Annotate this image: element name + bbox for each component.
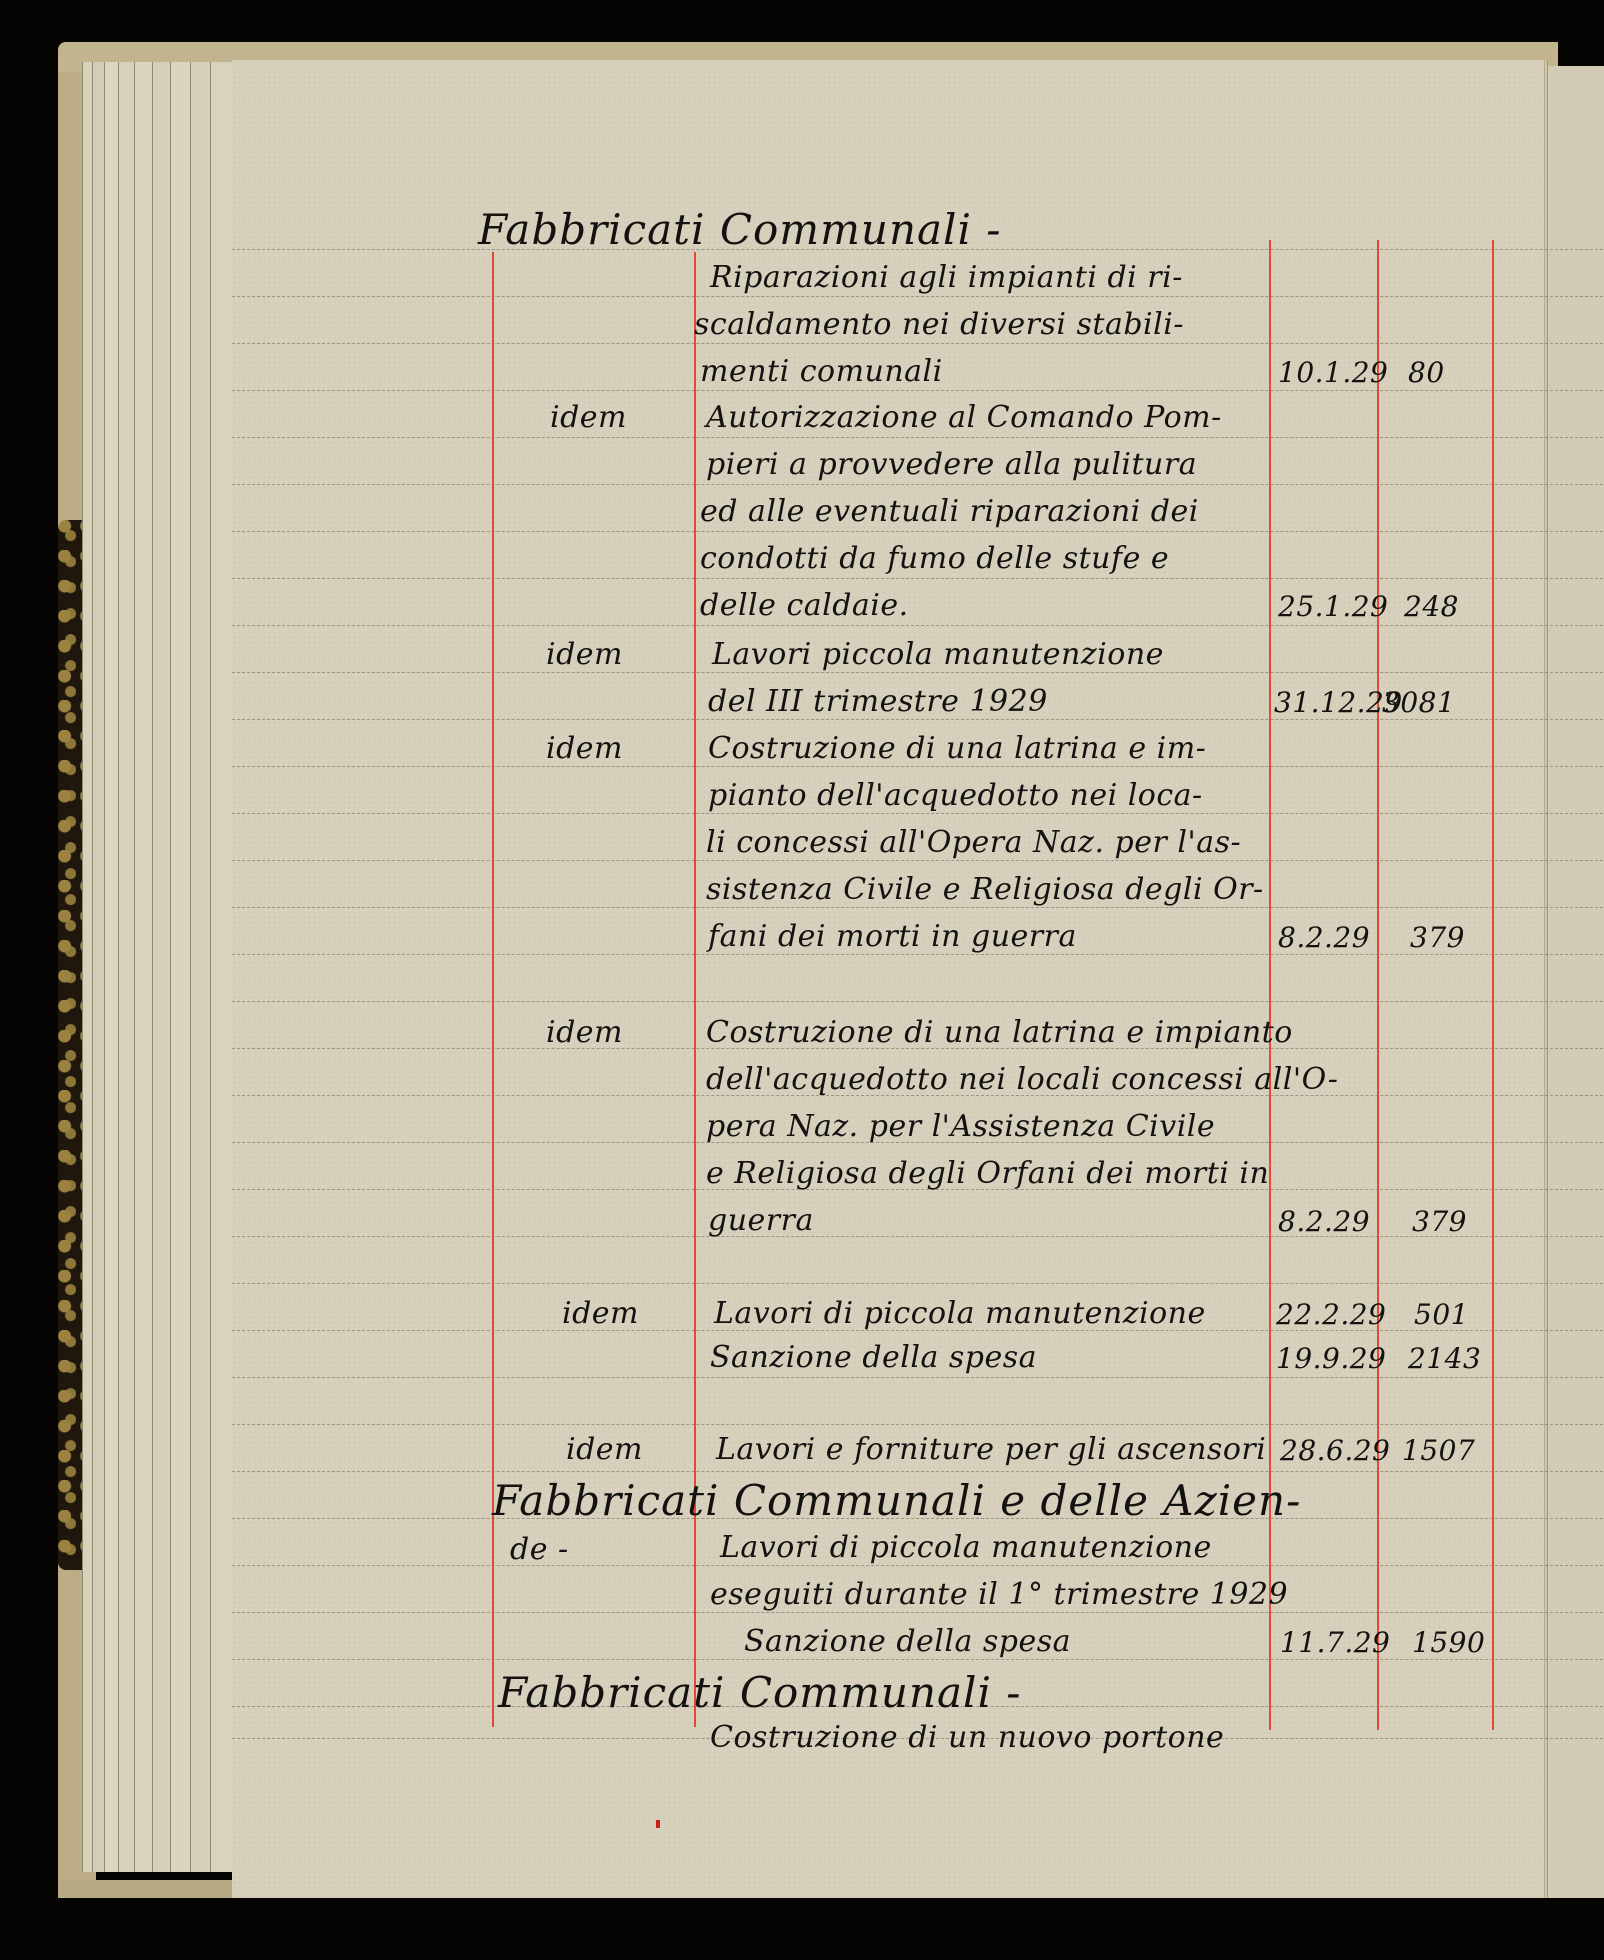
entry-label: idem — [546, 637, 623, 672]
entry-description-line: Lavori di piccola manutenzione — [714, 1296, 1206, 1331]
entry-amount: 1590 — [1412, 1626, 1485, 1659]
entry-description-line: Sanzione della spesa — [744, 1624, 1071, 1659]
entry-amount: 248 — [1404, 590, 1459, 623]
entry-date: 8.2.29 — [1278, 1205, 1370, 1238]
entry-description-line: scaldamento nei diversi stabili- — [694, 307, 1184, 342]
entry-description-line: sistenza Civile e Religiosa degli Or- — [706, 872, 1264, 907]
entry-description-line: pieri a provvedere alla pulitura — [706, 447, 1197, 482]
entry-description-line: eseguiti durante il 1° trimestre 1929 — [710, 1577, 1288, 1612]
entry-description-line: dell'acquedotto nei locali concessi all'… — [706, 1062, 1338, 1097]
entry-description-line: Lavori piccola manutenzione — [712, 637, 1164, 672]
entry-amount: 1507 — [1402, 1434, 1475, 1467]
entry-date: 10.1.29 — [1278, 356, 1388, 389]
entry-label: idem — [550, 400, 627, 435]
entry-description-line: Costruzione di una latrina e im- — [708, 731, 1206, 766]
entry-description-line: Costruzione di una latrina e impianto — [706, 1015, 1293, 1050]
entry-description-line: Costruzione di un nuovo portone — [710, 1720, 1224, 1755]
entry-date: 11.7.29 — [1280, 1626, 1390, 1659]
entry-description-line: Sanzione della spesa — [710, 1340, 1037, 1375]
margin-line-amount — [1377, 240, 1379, 1730]
section-heading: Fabbricati Communali - — [498, 1668, 1021, 1717]
entry-date: 22.2.29 — [1276, 1298, 1386, 1331]
section-heading: Fabbricati Communali e delle Azien- — [492, 1476, 1301, 1525]
entry-description-line: ed alle eventuali riparazioni dei — [700, 494, 1199, 529]
entry-description-line: delle caldaie. — [700, 588, 909, 623]
entry-date: 19.9.29 — [1276, 1342, 1386, 1375]
margin-line-right — [1492, 240, 1494, 1730]
entry-amount: 501 — [1414, 1298, 1469, 1331]
entry-date: 8.2.29 — [1278, 921, 1370, 954]
entry-description-line: del III trimestre 1929 — [708, 684, 1048, 719]
entry-description-line: pera Naz. per l'Assistenza Civile — [706, 1109, 1215, 1144]
entry-amount: 80 — [1408, 356, 1445, 389]
entry-label: idem — [546, 731, 623, 766]
entry-description-line: Autorizzazione al Comando Pom- — [706, 400, 1222, 435]
entry-description-line: condotti da fumo delle stufe e — [700, 541, 1169, 576]
entry-description-line: menti comunali — [700, 354, 943, 389]
section-heading: Fabbricati Communali - — [478, 205, 1001, 254]
entry-date: 25.1.29 — [1278, 590, 1388, 623]
entry-description-line: e Religiosa degli Orfani dei morti in — [706, 1156, 1269, 1191]
entry-label: idem — [546, 1015, 623, 1050]
entry-description-line: li concessi all'Opera Naz. per l'as- — [706, 825, 1241, 860]
entry-amount: 3081 — [1382, 686, 1455, 719]
facing-page-edge — [1548, 66, 1604, 1898]
entry-amount: 2143 — [1408, 1342, 1481, 1375]
entry-date: 28.6.29 — [1280, 1434, 1390, 1467]
entry-description-line: pianto dell'acquedotto nei loca- — [708, 778, 1203, 813]
red-ink-fleck — [656, 1820, 660, 1828]
entry-description-line: fani dei morti in guerra — [708, 919, 1077, 954]
entry-description-line: Lavori di piccola manutenzione — [720, 1530, 1212, 1565]
entry-description-line: Riparazioni agli impianti di ri- — [710, 260, 1183, 295]
section-heading-continuation: de - — [510, 1532, 569, 1567]
entry-amount: 379 — [1410, 921, 1465, 954]
entry-amount: 379 — [1412, 1205, 1467, 1238]
entry-label: idem — [566, 1432, 643, 1467]
entry-description-line: Lavori e forniture per gli ascensori — [716, 1432, 1266, 1467]
entry-description-line: guerra — [708, 1203, 814, 1238]
entry-label: idem — [562, 1296, 639, 1331]
